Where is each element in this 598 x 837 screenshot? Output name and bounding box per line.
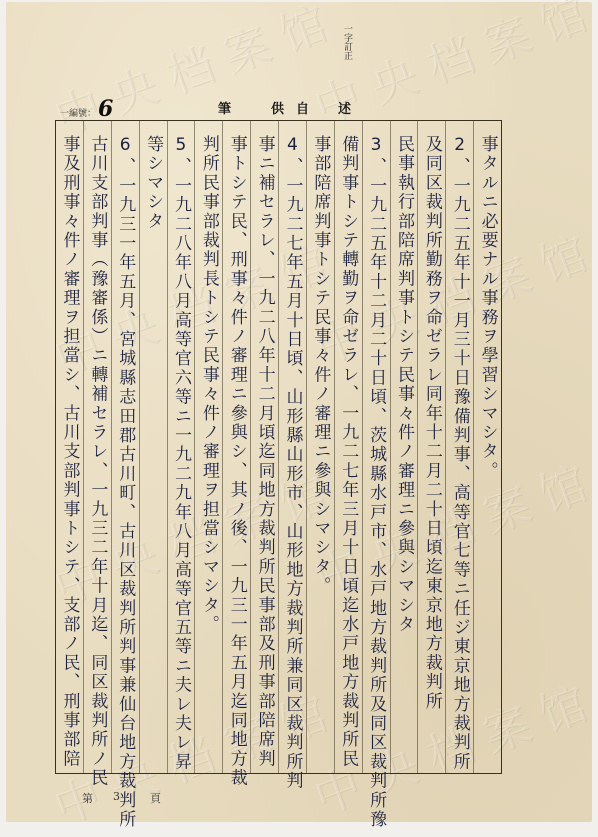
column-text: 3、一九二五年十二月二十日頃、茨城縣水戸市、水戸地方裁判所及同区裁判所豫	[365, 135, 387, 822]
text-column: 2、一九二五年十一月三十日豫備判事、高等官七等ニ任ジ東京地方裁判所	[445, 121, 473, 773]
text-column: 古川支部判事（豫審係）ニ轉補セラレ、一九三二年十月迄、同区裁判所ノ民	[83, 121, 111, 773]
text-column: 5、一九二八年八月高等官六等ニ一九二九年八月高等官五等ニ夫レ夫レ昇	[167, 121, 195, 773]
serial-number-field: 一編號：6	[60, 96, 113, 122]
text-column: 事及刑事々件ノ審理ヲ担當シ、古川支部判事トシテ、支部ノ民、刑事部陪	[56, 121, 83, 773]
column-text: 等シマシタ	[142, 135, 164, 231]
column-text: 民事執行部陪席判事トシテ民事々件ノ審理ニ參與シマシタ	[393, 135, 415, 634]
column-text: 事及刑事々件ノ審理ヲ担當シ、古川支部判事トシテ、支部ノ民、刑事部陪	[58, 135, 80, 769]
column-text: 2、一九二五年十一月三十日豫備判事、高等官七等ニ任ジ東京地方裁判所	[449, 135, 471, 772]
title-char: 自	[296, 98, 309, 117]
page-suffix: 頁	[150, 790, 161, 806]
text-column: 等シマシタ	[139, 121, 167, 773]
title-char: 供	[271, 98, 284, 117]
margin-correction-note: 一字訂正	[340, 24, 352, 60]
serial-number: 6	[98, 96, 113, 122]
text-column: 判所民事部裁判長トシテ民事々件ノ審理ヲ担當シマシタ。	[194, 121, 222, 773]
serial-label: 一編號：	[60, 109, 96, 119]
title-char: 述	[338, 98, 351, 117]
text-column: 6、一九三一年五月、宮城縣志田郡古川町、古川区裁判所判事兼仙台地方裁判所	[111, 121, 139, 773]
page-prefix: 第	[82, 790, 93, 806]
text-column: 及同区裁判所勤務ヲ命ゼラレ同年十二月二十日頃迄東京地方裁判所	[417, 121, 445, 773]
text-column: 事トシテ民、刑事々件ノ審理ニ參與シ、其ノ後、一九三一年五月迄同地方裁	[222, 121, 250, 773]
text-column: 備判事トシテ轉勤ヲ命ゼラレ、一九二七年三月十日頃迄水戸地方裁判所民	[334, 121, 362, 773]
column-text: 古川支部判事（豫審係）ニ轉補セラレ、一九三二年十月迄、同区裁判所ノ民	[86, 135, 108, 788]
text-column: 事部陪席判事トシテ民事々件ノ審理ニ參與シマシタ。	[306, 121, 334, 773]
title-char: 筆	[218, 98, 231, 117]
column-text: 事トシテ民、刑事々件ノ審理ニ參與シ、其ノ後、一九三一年五月迄同地方裁	[226, 135, 248, 788]
column-text: 事ニ補セラレ、一九二八年十二月頃迄同地方裁判所民事部及刑事部陪席判	[254, 135, 276, 769]
column-text: 6、一九三一年五月、宮城縣志田郡古川町、古川区裁判所判事兼仙台地方裁判所	[114, 135, 136, 822]
column-text: 事部陪席判事トシテ民事々件ノ審理ニ參與シマシタ。	[309, 135, 331, 596]
text-column: 事ニ補セラレ、一九二八年十二月頃迄同地方裁判所民事部及刑事部陪席判	[250, 121, 278, 773]
column-text: 備判事トシテ轉勤ヲ命ゼラレ、一九二七年三月十日頃迄水戸地方裁判所民	[337, 135, 359, 769]
text-column: 民事執行部陪席判事トシテ民事々件ノ審理ニ參與シマシタ	[390, 121, 418, 773]
column-text: 判所民事部裁判長トシテ民事々件ノ審理ヲ担當シマシタ。	[198, 135, 220, 634]
column-text: 事タルニ必要ナル事務ヲ學習シマシタ。	[477, 135, 499, 481]
text-column: 事タルニ必要ナル事務ヲ學習シマシタ。	[473, 121, 501, 773]
text-column: 4、一九二七年五月十日頃、山形縣山形市、山形地方裁判所兼同区裁判所判	[278, 121, 306, 773]
page-number: 3	[113, 790, 120, 803]
column-text: 5、一九二八年八月高等官六等ニ一九二九年八月高等官五等ニ夫レ夫レ昇	[170, 135, 192, 772]
manuscript-grid: 事タルニ必要ナル事務ヲ學習シマシタ。 2、一九二五年十一月三十日豫備判事、高等官…	[55, 120, 502, 774]
column-text: 及同区裁判所勤務ヲ命ゼラレ同年十二月二十日頃迄東京地方裁判所	[421, 135, 443, 711]
text-column: 3、一九二五年十二月二十日頃、茨城縣水戸市、水戸地方裁判所及同区裁判所豫	[362, 121, 390, 773]
column-text: 4、一九二七年五月十日頃、山形縣山形市、山形地方裁判所兼同区裁判所判	[281, 135, 303, 791]
